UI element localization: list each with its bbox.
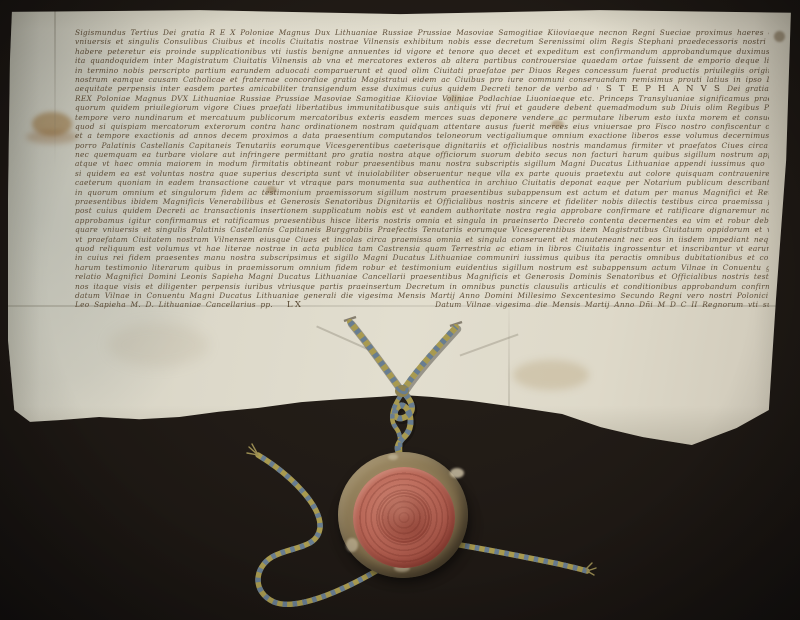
manuscript-line: ita quandoquidem inter Magistratum Ciuit… <box>75 56 769 65</box>
photo-background: Sigismundus Tertius Dei gratia R E X Pol… <box>0 0 800 620</box>
manuscript-line: porro Palatinis Castellanis Capitaneis T… <box>75 141 769 150</box>
manuscript-line: nec quemquam ea turbare violare aut infr… <box>75 150 769 159</box>
manuscript-line: approbamus igitur confirmamus et ratific… <box>75 216 769 225</box>
manuscript-line: harum testimonio literarum quibus in pra… <box>75 263 769 272</box>
manuscript-line: Leo Sapieha M. D. Lithuaniae Cancellariu… <box>75 300 769 309</box>
manuscript-line: datum Vilnae in Conuentu Magni Ducatus L… <box>75 291 769 300</box>
manuscript-line: quod si quispiam mercatorum exterorum co… <box>75 122 769 131</box>
manuscript-line: quod reliquum est volumus vt hae literae… <box>75 244 769 253</box>
manuscript-line: Sigismundus Tertius Dei gratia R E X Pol… <box>75 28 769 37</box>
stain-plica <box>513 360 589 390</box>
crease-vertical-right <box>508 293 510 438</box>
seal-bowl-chip <box>450 468 464 478</box>
stain-top-right <box>774 31 785 42</box>
crease-vertical-left <box>54 8 56 168</box>
manuscript-line: quorum quidem priuilegiorum vigore Ciues… <box>75 103 769 112</box>
manuscript-line: vt praefatam Ciuitatem nostram Vilnensem… <box>75 235 769 244</box>
manuscript-line: atque vt haec omnia maiorem in modum fir… <box>75 159 769 168</box>
seal-red-wax <box>353 467 455 568</box>
manuscript-line: nos itaque visis et diligenter perpensis… <box>75 282 769 291</box>
manuscript-line: praesentibus ibidem Magnificis Venerabil… <box>75 197 769 206</box>
manuscript-line: nostrum eamque causam Catholicae et frat… <box>75 75 769 84</box>
stain-bottom-left-wash <box>108 323 208 367</box>
crease-slit-right <box>460 333 519 356</box>
manuscript-line: et a tempore exactionis ad annos decem p… <box>75 131 769 140</box>
manuscript-line: in quorum omnium et singulorum fidem ac … <box>75 188 769 197</box>
crease-slit-left <box>316 325 373 352</box>
stain-left-brown <box>32 112 72 136</box>
manuscript-line: relatio Magnifici Domini Leonis Sapieha … <box>75 272 769 281</box>
stain-left-brown-2 <box>26 130 78 144</box>
manuscript-line: post cuius quidem Decreti ac transaction… <box>75 206 769 215</box>
manuscript-line: quare vniuersis et singulis Palatinis Ca… <box>75 225 769 234</box>
manuscript-text: Sigismundus Tertius Dei gratia R E X Pol… <box>75 28 769 312</box>
seal-bowl-chip <box>388 454 398 460</box>
manuscript-line: REX Poloniae Magnus DVX Lithuaniae Russi… <box>75 94 769 103</box>
manuscript-line: in cuius rei fidem praesentes manu nostr… <box>75 253 769 262</box>
manuscript-line: habere peteretur eis proinde supplicatio… <box>75 47 769 56</box>
manuscript-line: caeterum quoniam in eadem transactione c… <box>75 178 769 187</box>
manuscript-line: in termino nobis perscripto partium earu… <box>75 66 769 75</box>
manuscript-line: tempore vero nundinarum et mercatuum pub… <box>75 113 769 122</box>
manuscript-line: vniuersis et singulis Consulibus Ciuibus… <box>75 37 769 46</box>
parchment-document: Sigismundus Tertius Dei gratia R E X Pol… <box>8 8 794 445</box>
manuscript-line: aequitate perpensis inter easdem partes … <box>75 84 769 93</box>
seal-bowl-chip <box>346 538 358 552</box>
manuscript-line: si quidem ea est voluntas nostra quae su… <box>75 169 769 178</box>
